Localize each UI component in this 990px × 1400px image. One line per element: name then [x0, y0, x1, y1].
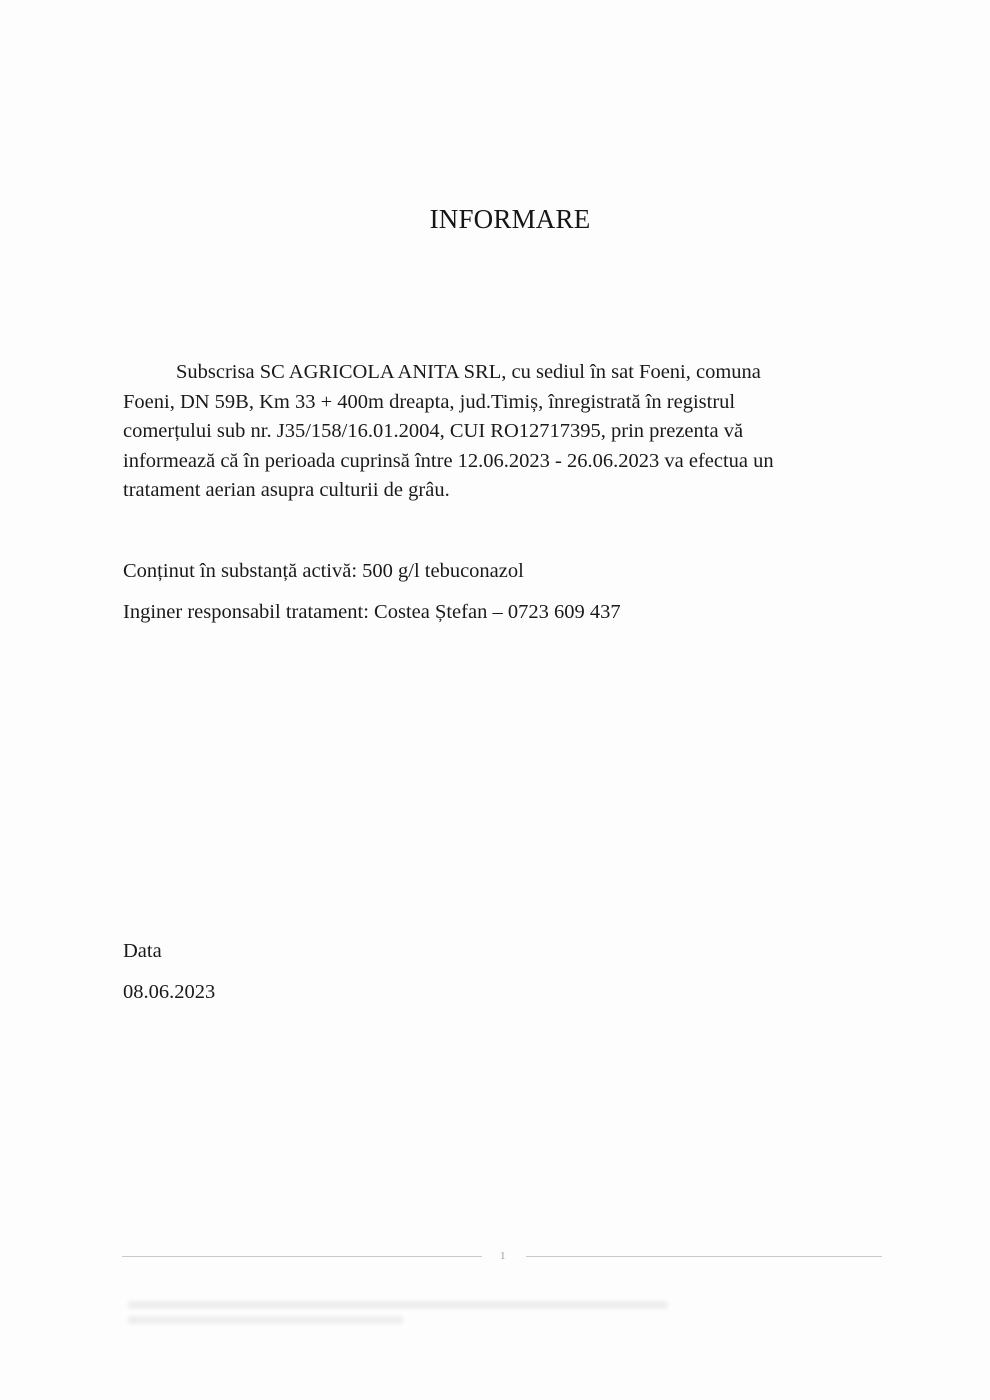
active-substance-line: Conținut în substanță activă: 500 g/l te… [123, 560, 524, 583]
paragraph-line: tratament aerian asupra culturii de grâu… [123, 476, 883, 506]
responsible-engineer-line: Inginer responsabil tratament: Costea Șt… [123, 601, 621, 624]
page-number: 1 [500, 1250, 506, 1262]
faded-footer-text [128, 1316, 403, 1324]
date-value: 08.06.2023 [123, 981, 215, 1004]
paragraph-line: informează că în perioada cuprinsă între… [123, 447, 883, 477]
faded-footer-text [128, 1301, 668, 1309]
document-title: INFORMARE [0, 204, 990, 235]
notice-paragraph: Subscrisa SC AGRICOLA ANITA SRL, cu sedi… [123, 358, 883, 506]
date-label: Data [123, 940, 162, 963]
paragraph-line: Subscrisa SC AGRICOLA ANITA SRL, cu sedi… [123, 358, 883, 388]
paragraph-line: comerțului sub nr. J35/158/16.01.2004, C… [123, 417, 883, 447]
paragraph-line: Foeni, DN 59B, Km 33 + 400m dreapta, jud… [123, 388, 883, 418]
footer-divider-right [526, 1256, 882, 1257]
document-page: INFORMARE Subscrisa SC AGRICOLA ANITA SR… [0, 0, 990, 1400]
footer-divider-left [122, 1256, 482, 1257]
